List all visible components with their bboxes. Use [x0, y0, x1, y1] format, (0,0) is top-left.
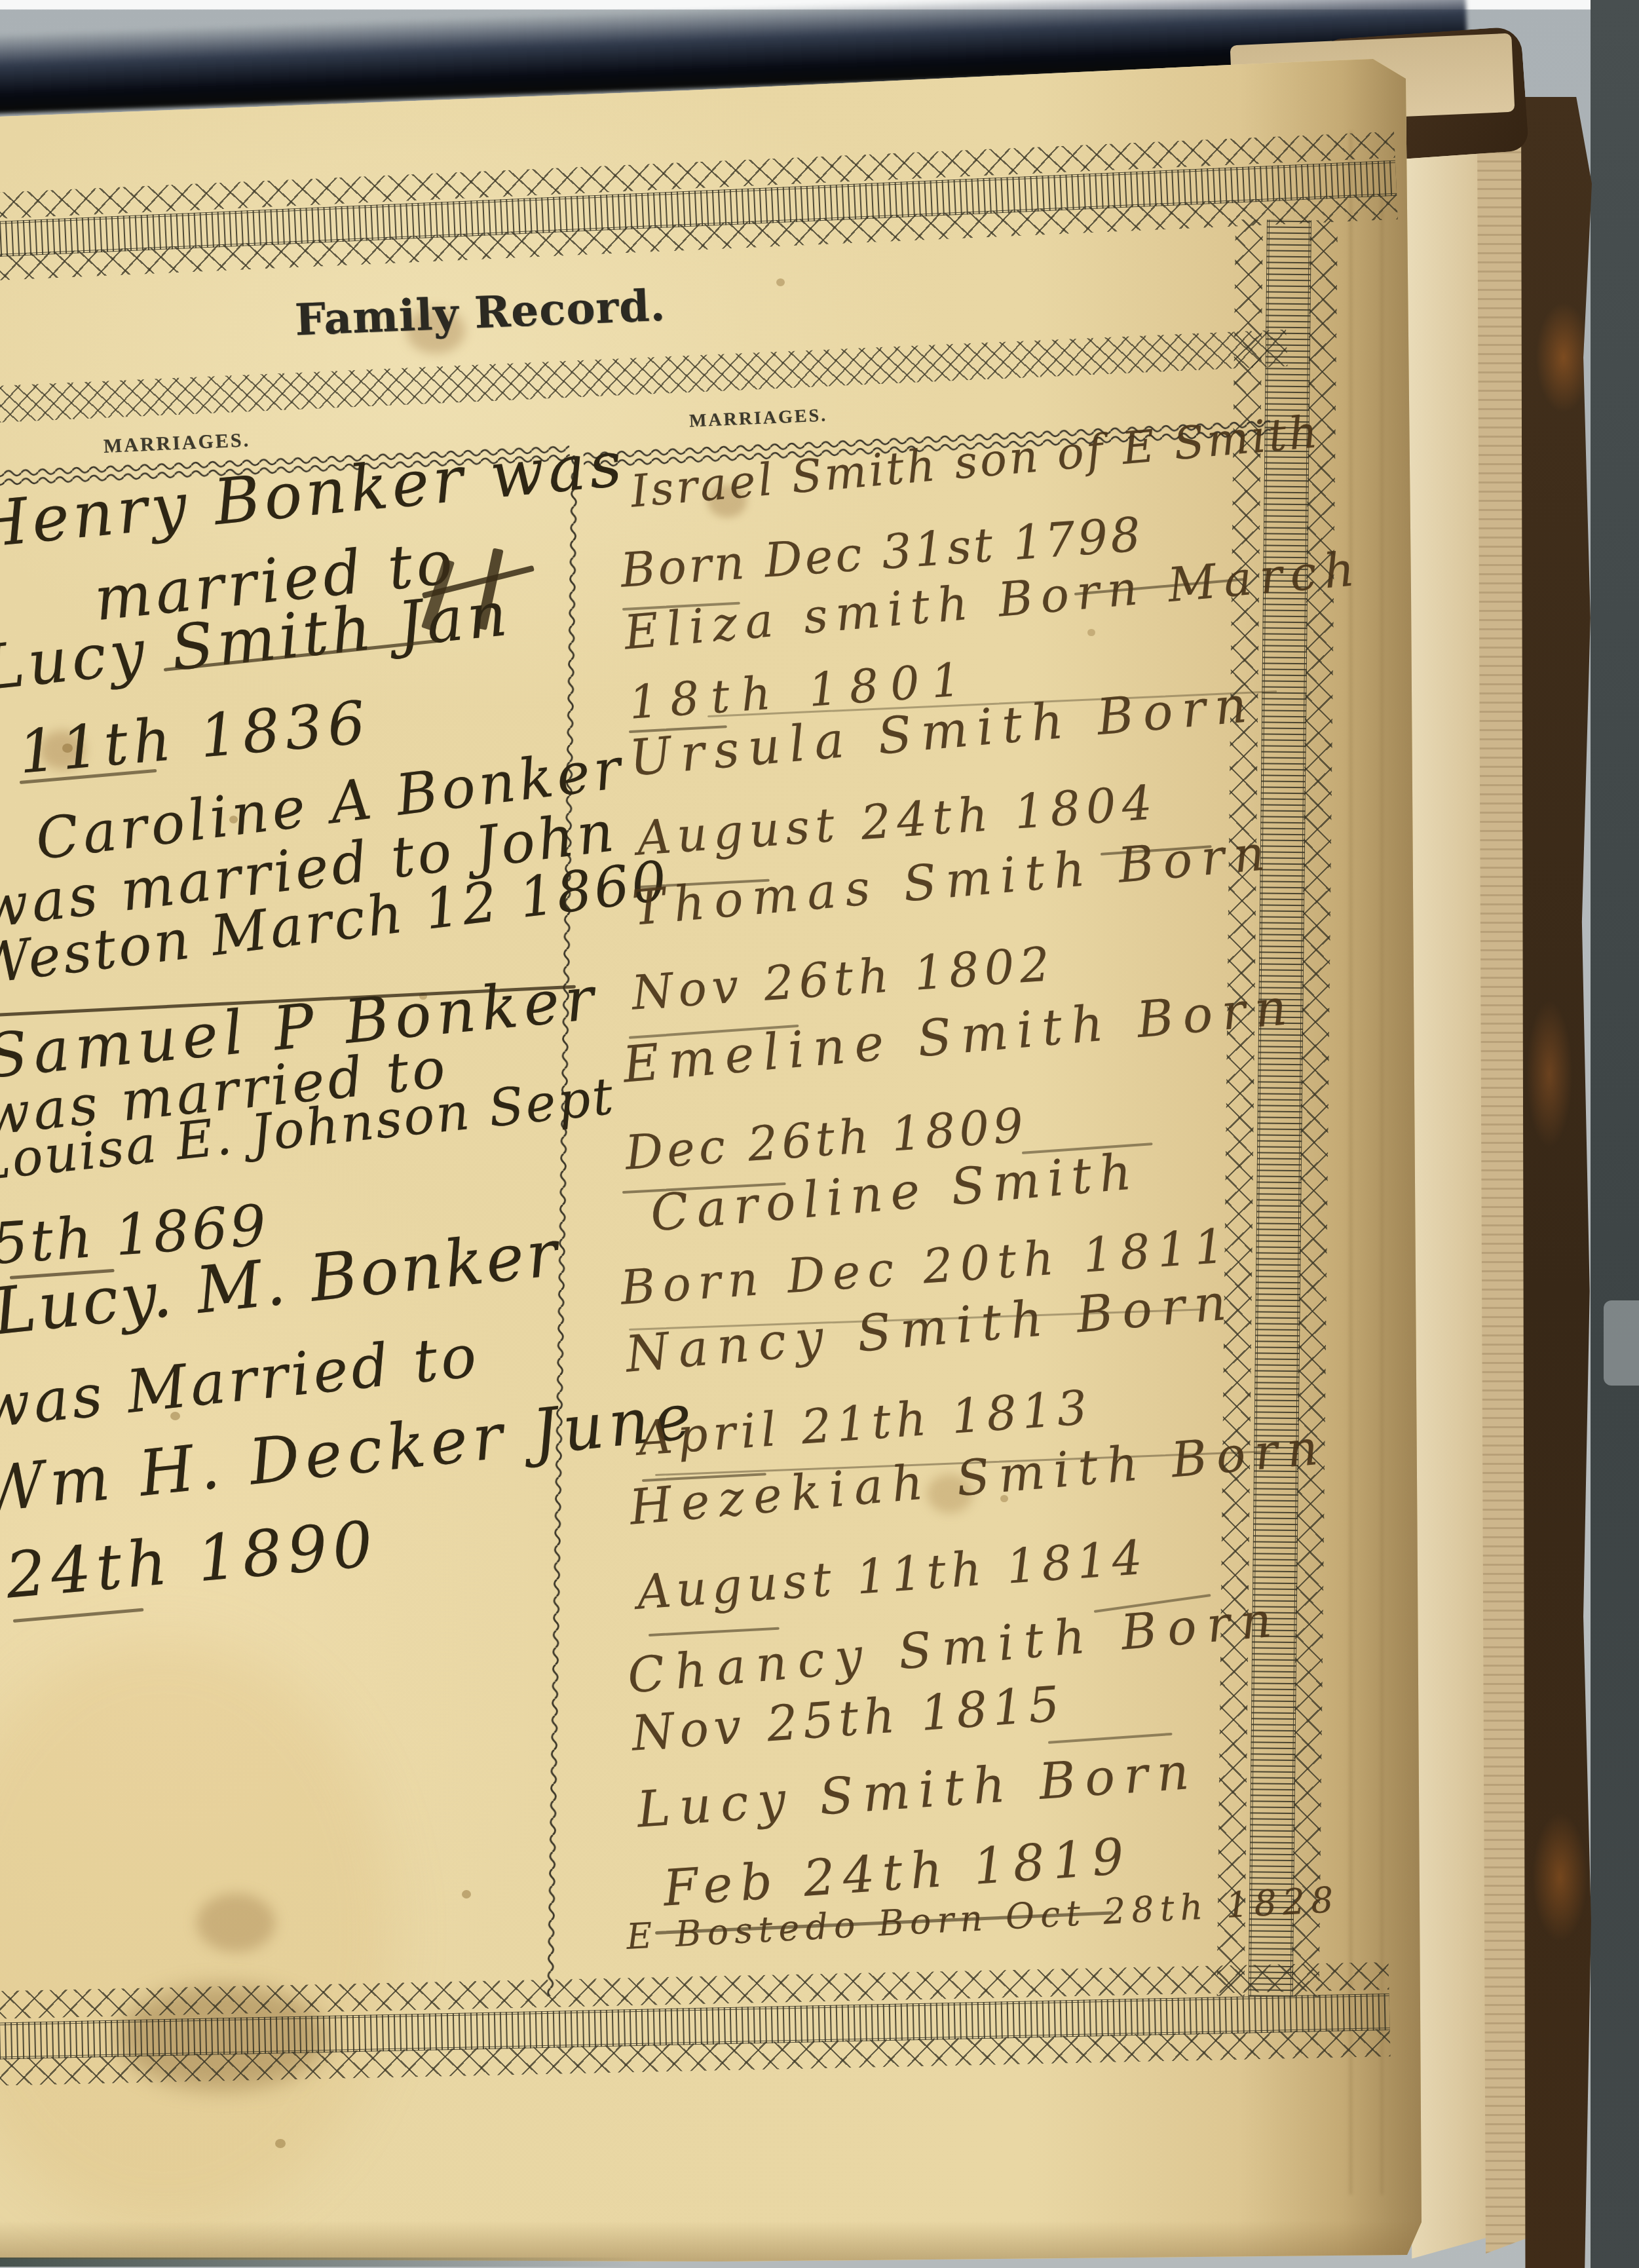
foxing-spot — [1087, 629, 1095, 636]
aging-stain — [0, 1638, 393, 2227]
marriage-record-line: 24th 1890 — [3, 1512, 381, 1607]
border-right-band — [1217, 219, 1357, 1997]
border-top-band — [0, 132, 1398, 281]
right-column-header: MARRIAGES. — [688, 405, 827, 432]
stain — [197, 1893, 275, 1952]
birth-record-line: Lucy Smith Born — [635, 1746, 1199, 1835]
scanned-family-record-page: { "page": { "title": "Family Record." },… — [0, 0, 1639, 2268]
bible-page: Family Record. MARRIAGES. MARRIAGES. H — [0, 0, 1427, 2268]
scanner-lid-panel — [1591, 0, 1639, 2268]
ink-flourish — [1048, 1733, 1173, 1744]
foxing-spot — [462, 1890, 471, 1899]
scanner-lid-highlight — [1604, 1300, 1639, 1386]
foxing-spot — [275, 2139, 286, 2148]
birth-record-line: August 11th 1814 — [635, 1534, 1149, 1616]
page-bottom-curl — [0, 2221, 1422, 2261]
leather-cover-edge — [1521, 97, 1592, 2268]
border-subtitle-band — [0, 330, 1288, 423]
marriage-record-line: 11th 1836 — [16, 693, 373, 783]
marriage-record-line: Henry Bonker was — [0, 432, 628, 557]
scan-bottom-edge — [0, 2258, 642, 2267]
page-title: Family Record. — [294, 280, 667, 346]
ink-flourish — [649, 1627, 780, 1636]
left-column-header: MARRIAGES. — [103, 429, 250, 458]
foxing-spot — [776, 278, 785, 286]
